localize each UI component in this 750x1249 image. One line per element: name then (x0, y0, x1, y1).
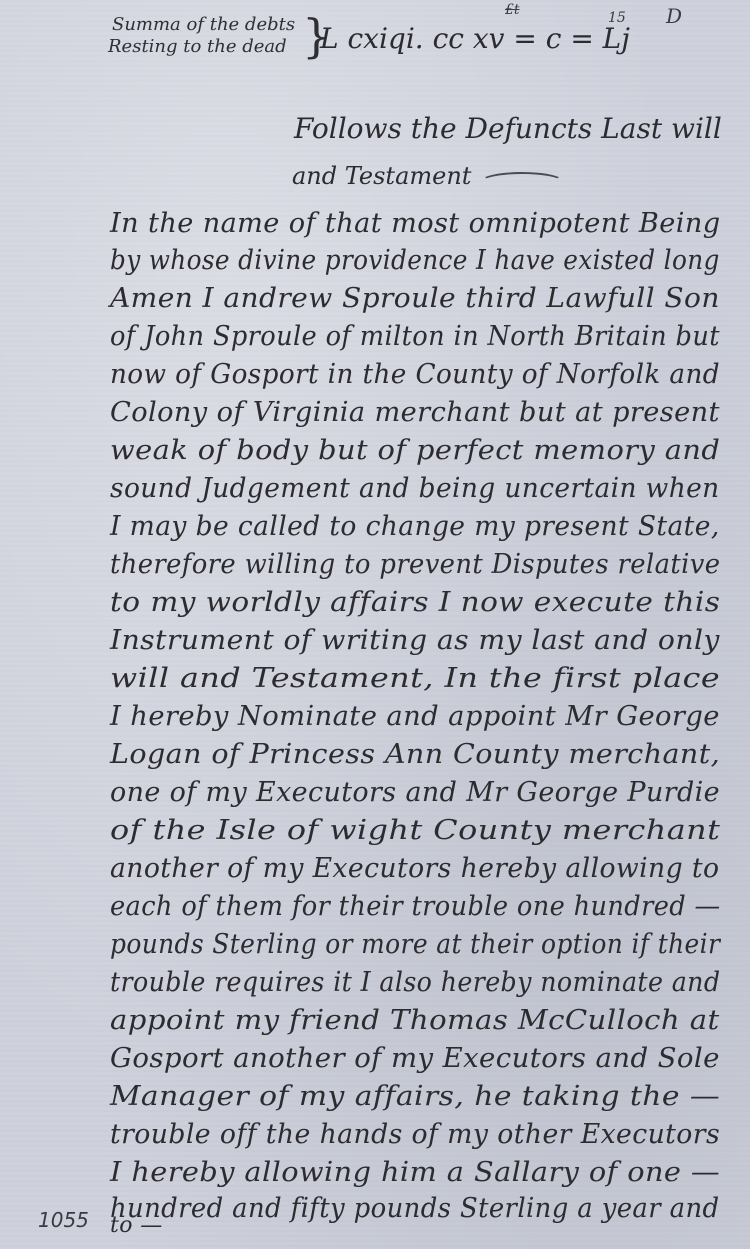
body-line: Instrument of writing as my last and onl… (110, 625, 720, 656)
body-line: Colony of Virginia merchant but at prese… (110, 397, 720, 428)
pence-superscript: D (666, 4, 682, 28)
heading-line2: and Testament (292, 162, 471, 190)
summary-label-line2: Resting to the dead (108, 36, 295, 58)
heading-flourish (480, 172, 564, 192)
body-line: appoint my friend Thomas McCulloch at (110, 1005, 720, 1036)
body-line: hundred and fifty pounds Sterling a year… (110, 1193, 719, 1224)
body-line: now of Gosport in the County of Norfolk … (110, 359, 720, 390)
body-line: Amen I andrew Sproule third Lawfull Son (110, 283, 720, 314)
body-line: Manager of my affairs, he taking the — (110, 1081, 720, 1112)
body-line: each of them for their trouble one hundr… (110, 891, 721, 922)
body-line: I may be called to change my present Sta… (110, 511, 720, 542)
struck-superscript: £t (505, 2, 520, 18)
body-line: I hereby Nominate and appoint Mr George (110, 701, 720, 732)
body-line: of John Sproule of milton in North Brita… (110, 321, 720, 352)
body-line: sound Judgement and being uncertain when (110, 473, 720, 504)
body-line: of the Isle of wight County merchant (110, 815, 720, 846)
heading-line1: Follows the Defuncts Last will (294, 112, 722, 145)
body-line: Gosport another of my Executors and Sole (110, 1043, 720, 1074)
body-line: therefore willing to prevent Disputes re… (110, 549, 720, 580)
debts-summary-label: Summa of the debts Resting to the dead (112, 14, 295, 58)
body-line: In the name of that most omnipotent Bein… (110, 208, 720, 239)
body-line: Logan of Princess Ann County merchant, (110, 739, 720, 770)
body-line: another of my Executors hereby allowing … (110, 853, 719, 884)
manuscript-page: Summa of the debts Resting to the dead }… (0, 0, 750, 1249)
debts-amount: L cxiqi. cc xv = c = Lj (320, 22, 630, 55)
body-line: by whose divine providence I have existe… (110, 245, 720, 276)
body-line: pounds Sterling or more at their option … (110, 929, 720, 960)
folio-number: 1055 (38, 1208, 89, 1232)
body-line: trouble requires it I also hereby nomina… (110, 967, 720, 998)
body-line: one of my Executors and Mr George Purdie (110, 777, 720, 808)
body-line: to my worldly affairs I now execute this (110, 587, 720, 618)
body-line: I hereby allowing him a Sallary of one — (110, 1157, 720, 1188)
body-line: trouble off the hands of my other Execut… (110, 1119, 720, 1150)
shillings-superscript: 15 (608, 10, 626, 26)
summary-label-line1: Summa of the debts (112, 14, 295, 36)
body-line: to — (110, 1213, 163, 1238)
body-line: weak of body but of perfect memory and (110, 435, 720, 466)
body-line: will and Testament, In the first place (110, 663, 720, 694)
